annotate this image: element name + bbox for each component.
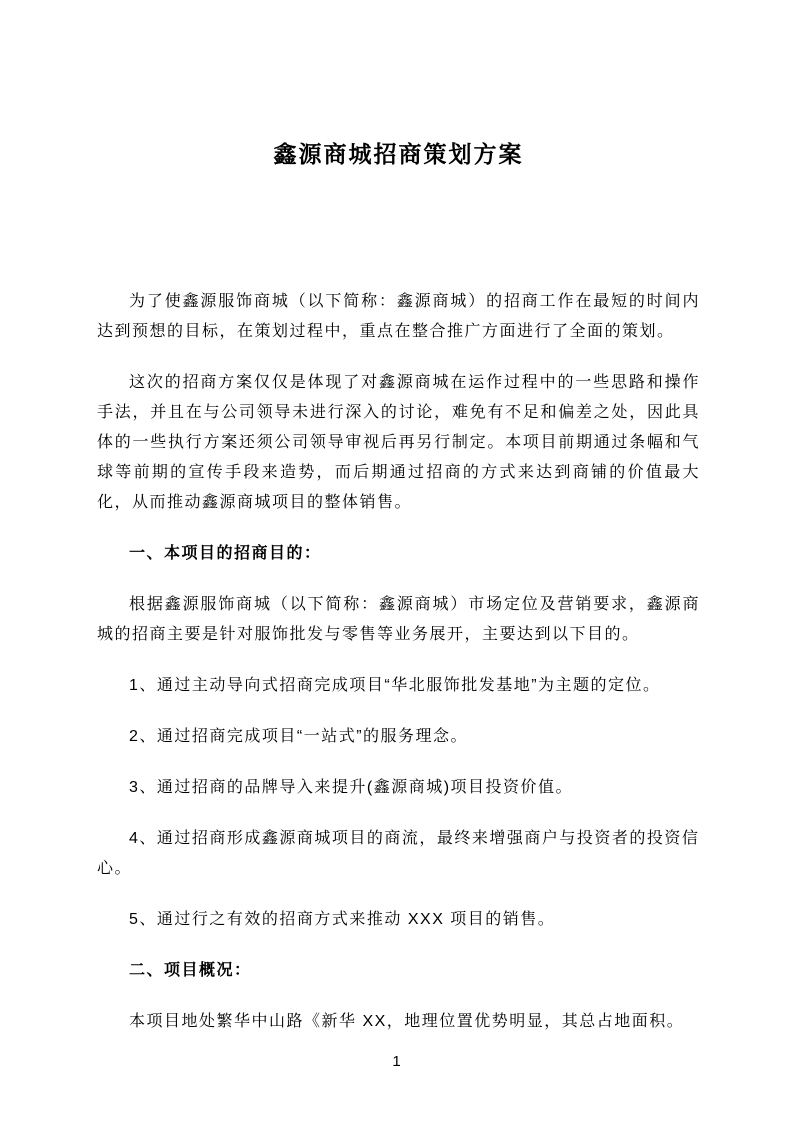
goal-item-1: 1、通过主动导向式招商完成项目“华北服饰批发基地”为主题的定位。 <box>97 671 700 701</box>
page-number: 1 <box>0 1052 793 1072</box>
section-1-heading: 一、本项目的招商目的： <box>97 539 700 569</box>
document-title: 鑫源商城招商策划方案 <box>97 138 700 170</box>
section-2-intro-paragraph: 本项目地处繁华中山路《新华 XX，地理位置优势明显，其总占地面积。 <box>97 1007 700 1037</box>
goal-item-2: 2、通过招商完成项目“一站式”的服务理念。 <box>97 722 700 752</box>
goal-item-5: 5、通过行之有效的招商方式来推动 XXX 项目的销售。 <box>97 905 700 935</box>
goal-item-3: 3、通过招商的品牌导入来提升(鑫源商城)项目投资价值。 <box>97 773 700 803</box>
section-2-heading: 二、项目概况： <box>97 956 700 986</box>
paragraph-intro: 为了使鑫源服饰商城（以下简称：鑫源商城）的招商工作在最短的时间内达到预想的目标，… <box>97 287 700 347</box>
section-1-intro-paragraph: 根据鑫源服饰商城（以下简称：鑫源商城）市场定位及营销要求，鑫源商城的招商主要是针… <box>97 590 700 650</box>
paragraph-background: 这次的招商方案仅仅是体现了对鑫源商城在运作过程中的一些思路和操作手法，并且在与公… <box>97 368 700 518</box>
goal-item-4: 4、通过招商形成鑫源商城项目的商流，最终来增强商户与投资者的投资信心。 <box>97 824 700 884</box>
document-content: 鑫源商城招商策划方案 为了使鑫源服饰商城（以下简称：鑫源商城）的招商工作在最短的… <box>97 0 700 1058</box>
document-page: 鑫源商城招商策划方案 为了使鑫源服饰商城（以下简称：鑫源商城）的招商工作在最短的… <box>0 0 793 1122</box>
